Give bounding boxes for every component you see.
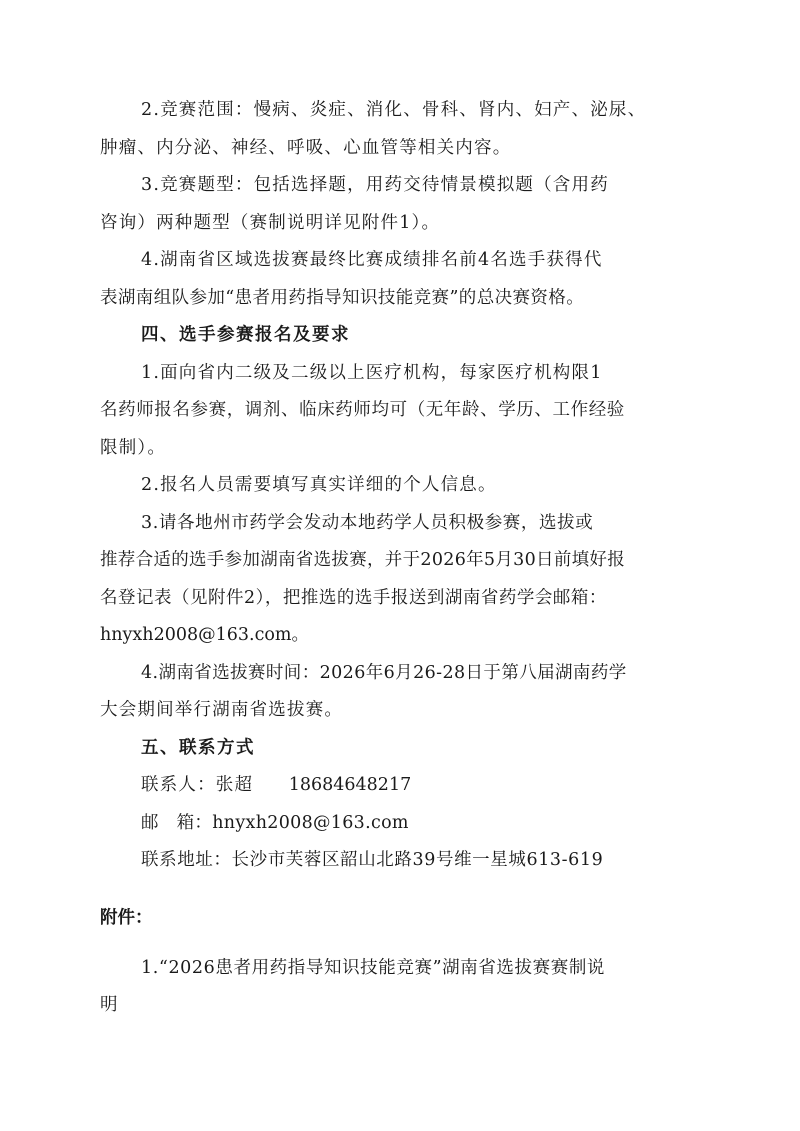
contact-address: 联系地址：长沙市芙蓉区韶山北路39号维一星城613-619 — [141, 849, 704, 871]
paragraph-registration-4: 4.湖南省选拔赛时间：2026年6月26-28日于第八届湖南药学 — [141, 662, 704, 684]
paragraph-qualification: 4.湖南省区域选拔赛最终比赛成绩排名前4名选手获得代 — [141, 249, 704, 271]
attachment-item-1: 1.“2026患者用药指导知识技能竞赛”湖南省选拔赛赛制说 — [141, 957, 704, 979]
paragraph-question-types-cont: 咨询）两种题型（赛制说明详见附件1）。 — [100, 212, 704, 234]
document-page: 2.竞赛范围：慢病、炎症、消化、骨科、肾内、妇产、泌尿、 肿瘤、内分泌、神经、呼… — [0, 0, 800, 1131]
paragraph-question-types: 3.竞赛题型：包括选择题，用药交待情景模拟题（含用药 — [141, 174, 704, 196]
attachment-item-1-cont: 明 — [100, 994, 704, 1016]
paragraph-registration-3-cont2: 名登记表（见附件2），把推选的选手报送到湖南省药学会邮箱： — [100, 587, 704, 609]
paragraph-registration-4-cont: 大会期间举行湖南省选拔赛。 — [100, 699, 704, 721]
contact-phone: 18684648217 — [289, 775, 411, 795]
contact-person: 联系人：张超 18684648217 — [141, 774, 704, 796]
contact-name: 联系人：张超 — [141, 775, 253, 795]
section-heading-registration: 四、选手参赛报名及要求 — [141, 324, 704, 346]
attachments-heading: 附件： — [100, 907, 704, 929]
paragraph-scope-cont: 肿瘤、内分泌、神经、呼吸、心血管等相关内容。 — [100, 137, 704, 159]
paragraph-registration-1-cont: 名药师报名参赛，调剂、临床药师均可（无年龄、学历、工作经验 — [100, 399, 704, 421]
paragraph-registration-1-end: 限制）。 — [100, 437, 704, 459]
contact-email: 邮 箱：hnyxh2008@163.com — [141, 812, 704, 834]
paragraph-registration-1: 1.面向省内二级及二级以上医疗机构，每家医疗机构限1 — [141, 362, 704, 384]
paragraph-qualification-cont: 表湖南组队参加“患者用药指导知识技能竞赛”的总决赛资格。 — [100, 287, 704, 309]
paragraph-scope: 2.竞赛范围：慢病、炎症、消化、骨科、肾内、妇产、泌尿、 — [141, 99, 704, 121]
registration-email: hnyxh2008@163.com。 — [100, 624, 704, 646]
paragraph-registration-3: 3.请各地州市药学会发动本地药学人员积极参赛，选拔或 — [141, 512, 704, 534]
paragraph-registration-2: 2.报名人员需要填写真实详细的个人信息。 — [141, 474, 704, 496]
section-heading-contact: 五、联系方式 — [141, 737, 704, 759]
paragraph-registration-3-cont: 推荐合适的选手参加湖南省选拔赛，并于2026年5月30日前填好报 — [100, 549, 704, 571]
